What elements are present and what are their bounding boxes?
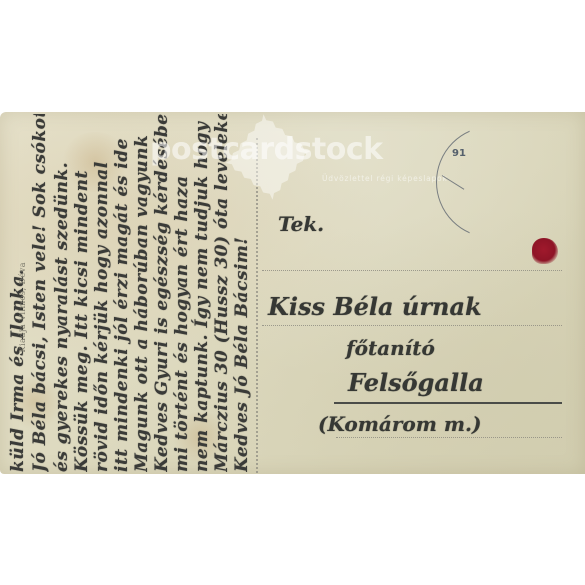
letter-line: Kedves Gyuri is egészség kérdésében. — [152, 114, 172, 472]
letter-body: Kedves Jó Béla Bácsim! Márczius 30 (Huss… — [4, 114, 254, 472]
letter-line: és gyerekes nyaralást szedünk. — [52, 114, 72, 472]
address-county: (Komárom m.) — [318, 412, 481, 436]
letter-line: Magunk ott a háborúban vagyunk — [132, 114, 152, 472]
letter-line: itt mindenki jól érzi magát és ide — [112, 114, 132, 472]
town-underline — [334, 402, 562, 404]
address-recipient: Kiss Béla úrnak — [268, 292, 482, 321]
watermark-tagline: Üdvözlettel régi képeslapok — [322, 174, 448, 183]
address-title: főtanító — [346, 336, 435, 360]
center-divider — [256, 138, 258, 473]
letter-line: mi történt és hogyan ért haza — [172, 114, 192, 472]
watermark-logo: postcardstock — [150, 132, 383, 167]
letter-line: Márczius 30 (Hussz 30) óta leveleket — [212, 114, 232, 472]
letter-line: Jó Béla bácsi, Isten vele! Sok csókot — [30, 114, 50, 472]
address-line — [262, 325, 562, 326]
publisher-imprint: Kiadja Vilmos, Déva — [18, 262, 27, 353]
address-line — [336, 437, 562, 438]
letter-line: nem kaptunk. Így nem tudjuk hogy — [192, 114, 212, 472]
postcard-back: Kedves Jó Béla Bácsim! Márczius 30 (Huss… — [0, 112, 585, 474]
greeting: Tek. — [278, 212, 324, 236]
address-town: Felsőgalla — [348, 368, 484, 397]
letter-line: Kössük meg. Itt kicsi mindent — [72, 114, 92, 472]
postmark-number: 91 — [452, 148, 466, 159]
address-line — [262, 270, 562, 271]
letter-line: rövid időn kérjük hogy azonnal — [92, 114, 112, 472]
wax-seal-stain — [532, 238, 558, 264]
